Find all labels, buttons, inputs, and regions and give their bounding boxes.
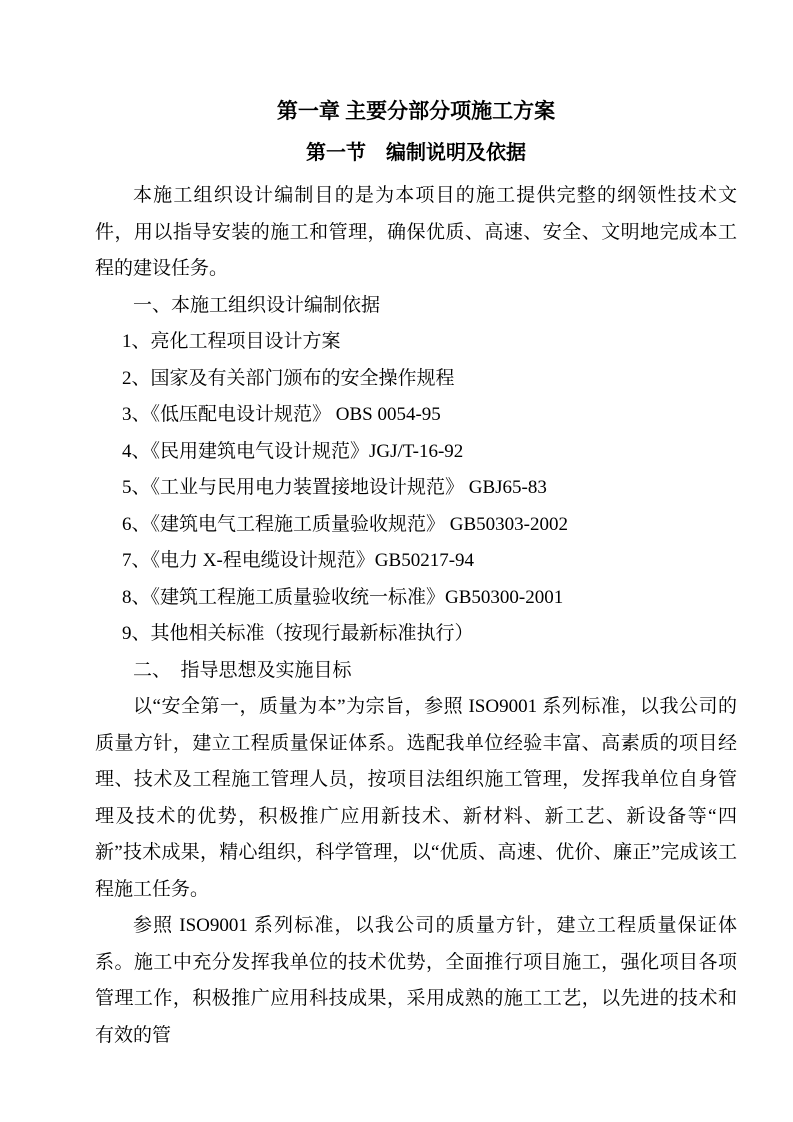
basis-item-8: 8、《建筑工程施工质量验收统一标准》GB50300-2001 [95,580,737,617]
chapter-title: 第一章 主要分部分项施工方案 [95,96,737,126]
basis-item-3: 3、《低压配电设计规范》 OBS 0054-95 [95,397,737,434]
basis-item-2: 2、国家及有关部门颁布的安全操作规程 [95,361,737,398]
basis-item-7: 7、《电力 X-程电缆设计规范》GB50217-94 [95,543,737,580]
basis-item-5: 5、《工业与民用电力装置接地设计规范》 GBJ65-83 [95,470,737,507]
intro-paragraph: 本施工组织设计编制目的是为本项目的施工提供完整的纲领性技术文件，用以指导安装的施… [95,178,737,288]
guideline-paragraph-2: 参照 ISO9001 系列标准，以我公司的质量方针，建立工程质量保证体系。施工中… [95,908,737,1054]
document-page: 第一章 主要分部分项施工方案 第一节 编制说明及依据 本施工组织设计编制目的是为… [0,0,793,1122]
basis-item-9: 9、其他相关标准（按现行最新标准执行） [95,616,737,653]
basis-item-1: 1、亮化工程项目设计方案 [95,324,737,361]
basis-item-4: 4、《民用建筑电气设计规范》JGJ/T-16-92 [95,434,737,471]
section-title: 第一节 编制说明及依据 [95,138,737,168]
guideline-heading: 二、 指导思想及实施目标 [95,653,737,690]
guideline-paragraph-1: 以“安全第一，质量为本”为宗旨，参照 ISO9001 系列标准，以我公司的质量方… [95,689,737,908]
basis-item-6: 6、《建筑电气工程施工质量验收规范》 GB50303-2002 [95,507,737,544]
basis-heading: 一、本施工组织设计编制依据 [95,288,737,325]
